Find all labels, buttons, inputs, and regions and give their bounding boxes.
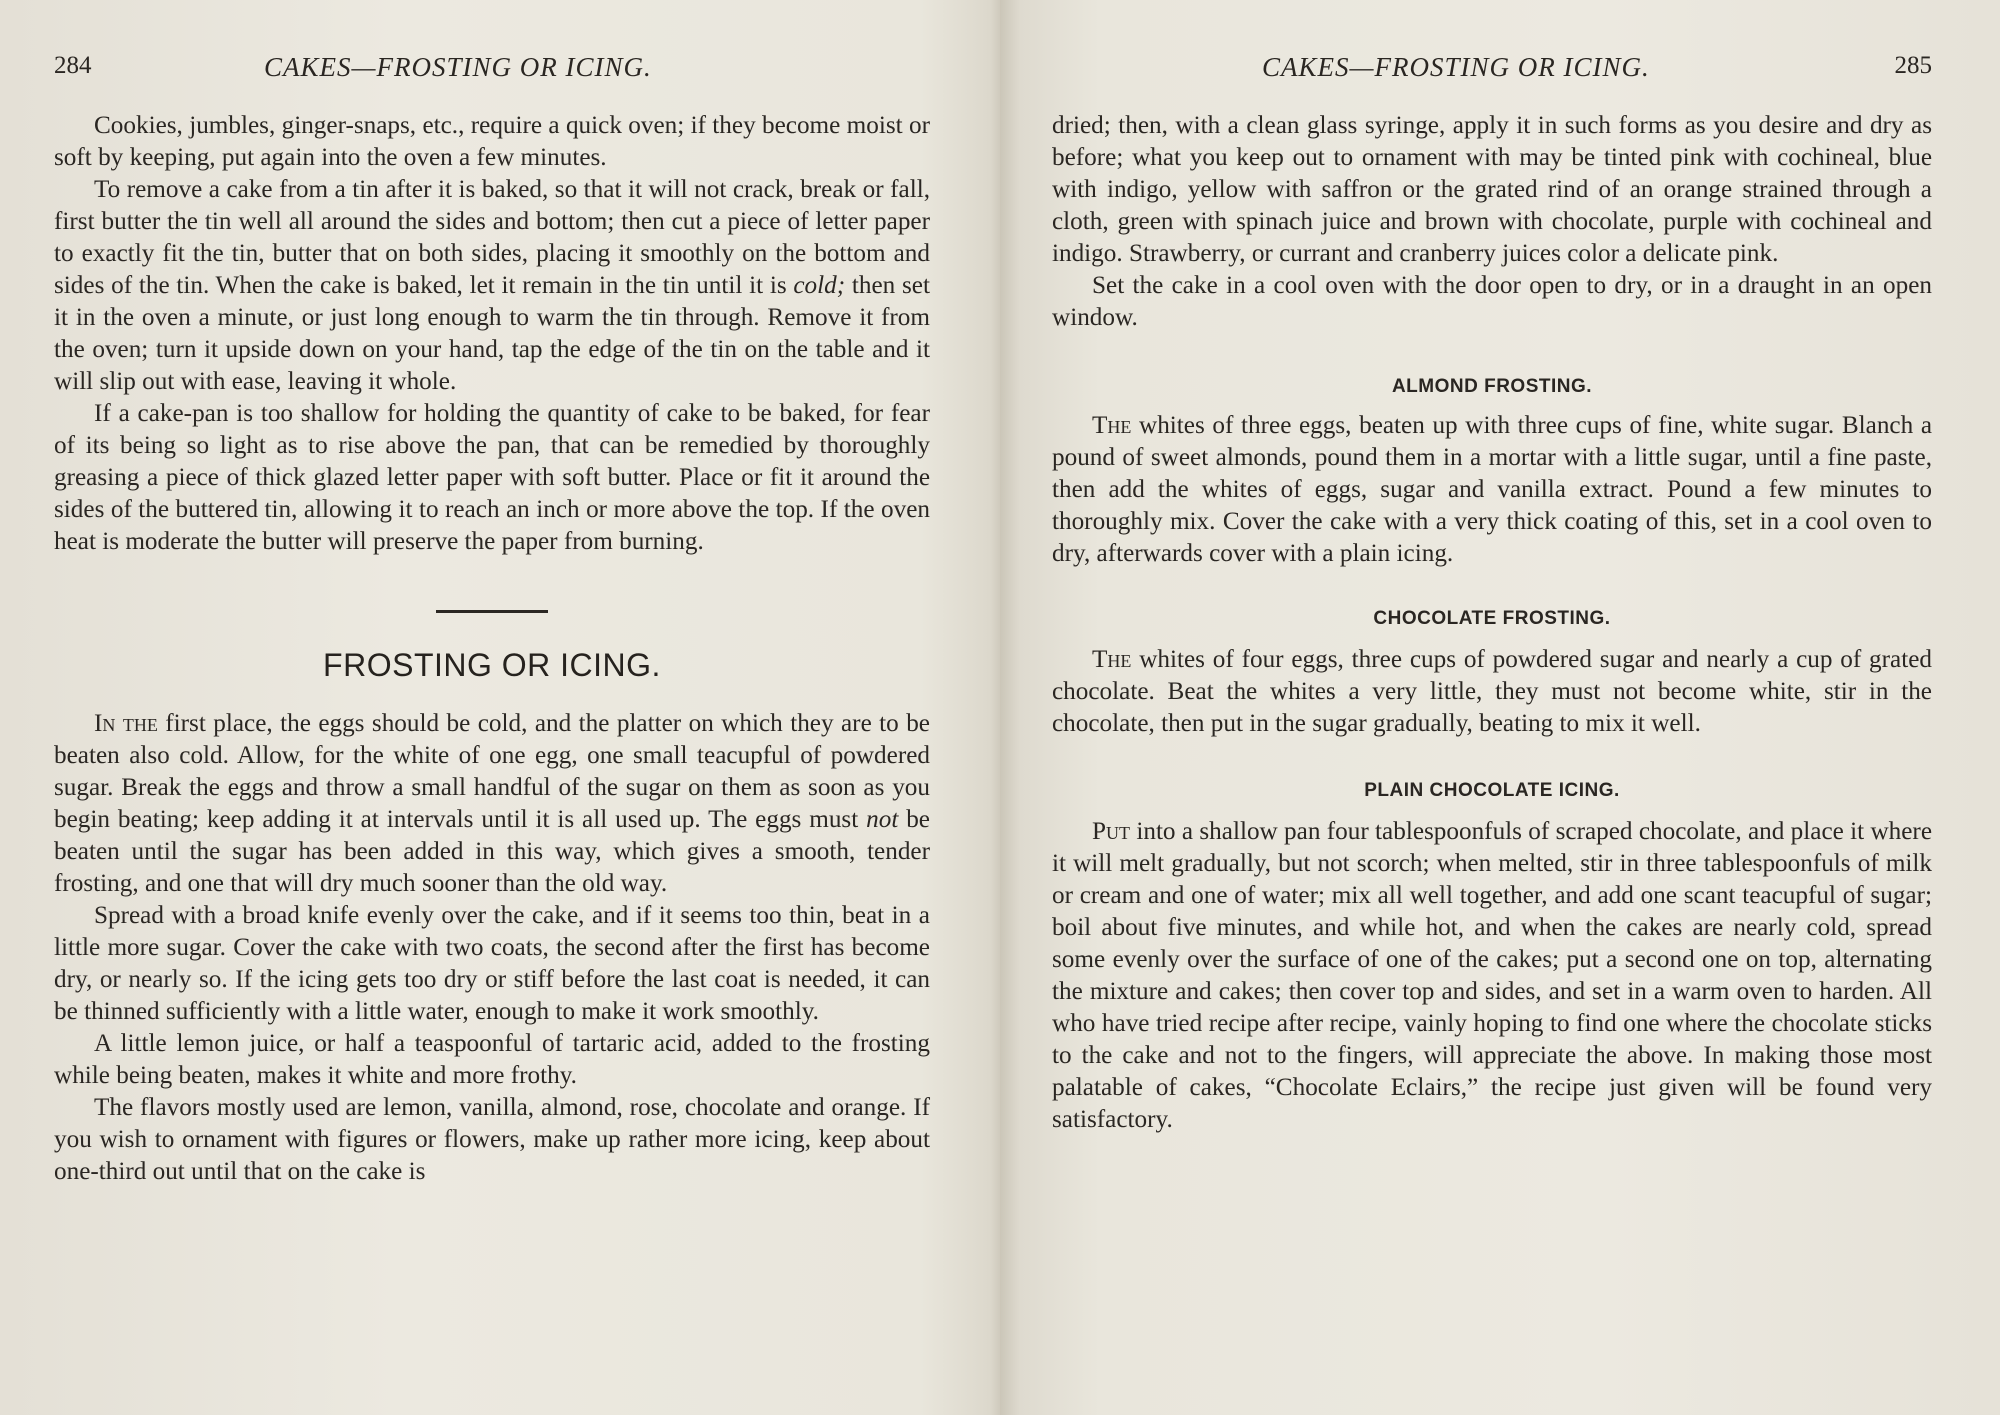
page-number: 284	[54, 52, 92, 80]
recipe-heading: CHOCOLATE FROSTING.	[1052, 608, 1932, 630]
recipe-heading: ALMOND FROSTING.	[1052, 376, 1932, 398]
paragraph: If a cake-pan is too shallow for holding…	[54, 398, 930, 558]
lead-in: In the	[94, 710, 158, 737]
recipe-text: The whites of four eggs, three cups of p…	[1052, 644, 1932, 740]
paragraph: In the first place, the eggs should be c…	[54, 708, 930, 900]
paragraph: The flavors mostly used are lemon, vanil…	[54, 1092, 930, 1188]
section-rule	[436, 610, 548, 613]
running-head-right: CAKES—FROSTING OR ICING. 285	[1052, 52, 1932, 92]
page-number: 285	[1895, 52, 1933, 80]
paragraph: Put into a shallow pan four tablespoonfu…	[1052, 816, 1932, 1136]
paragraph: Spread with a broad knife evenly over th…	[54, 900, 930, 1028]
emphasis: cold;	[793, 272, 845, 299]
left-page: 284 CAKES—FROSTING OR ICING. Cookies, ju…	[0, 0, 1000, 1415]
recipe-heading: PLAIN CHOCOLATE ICING.	[1052, 780, 1932, 802]
lead-in: The	[1092, 646, 1131, 673]
body-text: dried; then, with a clean glass syringe,…	[1052, 110, 1932, 334]
lead-in: Put	[1092, 818, 1130, 845]
recipe-text: The whites of three eggs, beaten up with…	[1052, 410, 1932, 570]
running-head-left: 284 CAKES—FROSTING OR ICING.	[54, 52, 930, 92]
recipe-text: Put into a shallow pan four tablespoonfu…	[1052, 816, 1932, 1136]
right-page: CAKES—FROSTING OR ICING. 285 dried; then…	[1000, 0, 2000, 1415]
book-spread: 284 CAKES—FROSTING OR ICING. Cookies, ju…	[0, 0, 2000, 1415]
paragraph-text: first place, the eggs should be cold, an…	[54, 710, 930, 833]
paragraph-text: whites of four eggs, three cups of powde…	[1052, 646, 1932, 737]
body-text: Cookies, jumbles, ginger-snaps, etc., re…	[54, 110, 930, 558]
paragraph: dried; then, with a clean glass syringe,…	[1052, 110, 1932, 270]
section-heading: FROSTING OR ICING.	[54, 647, 930, 684]
paragraph-text: whites of three eggs, beaten up with thr…	[1052, 412, 1932, 567]
running-title: CAKES—FROSTING OR ICING.	[264, 52, 652, 83]
paragraph: A little lemon juice, or half a teaspoon…	[54, 1028, 930, 1092]
lead-in: The	[1092, 412, 1131, 439]
paragraph-text: into a shallow pan four tablespoonfuls o…	[1052, 818, 1932, 1133]
emphasis: not	[866, 806, 898, 833]
frosting-text: In the first place, the eggs should be c…	[54, 708, 930, 1188]
running-title: CAKES—FROSTING OR ICING.	[1262, 52, 1650, 83]
paragraph: Cookies, jumbles, ginger-snaps, etc., re…	[54, 110, 930, 174]
paragraph: The whites of four eggs, three cups of p…	[1052, 644, 1932, 740]
paragraph: To remove a cake from a tin after it is …	[54, 174, 930, 398]
paragraph: The whites of three eggs, beaten up with…	[1052, 410, 1932, 570]
paragraph: Set the cake in a cool oven with the doo…	[1052, 270, 1932, 334]
